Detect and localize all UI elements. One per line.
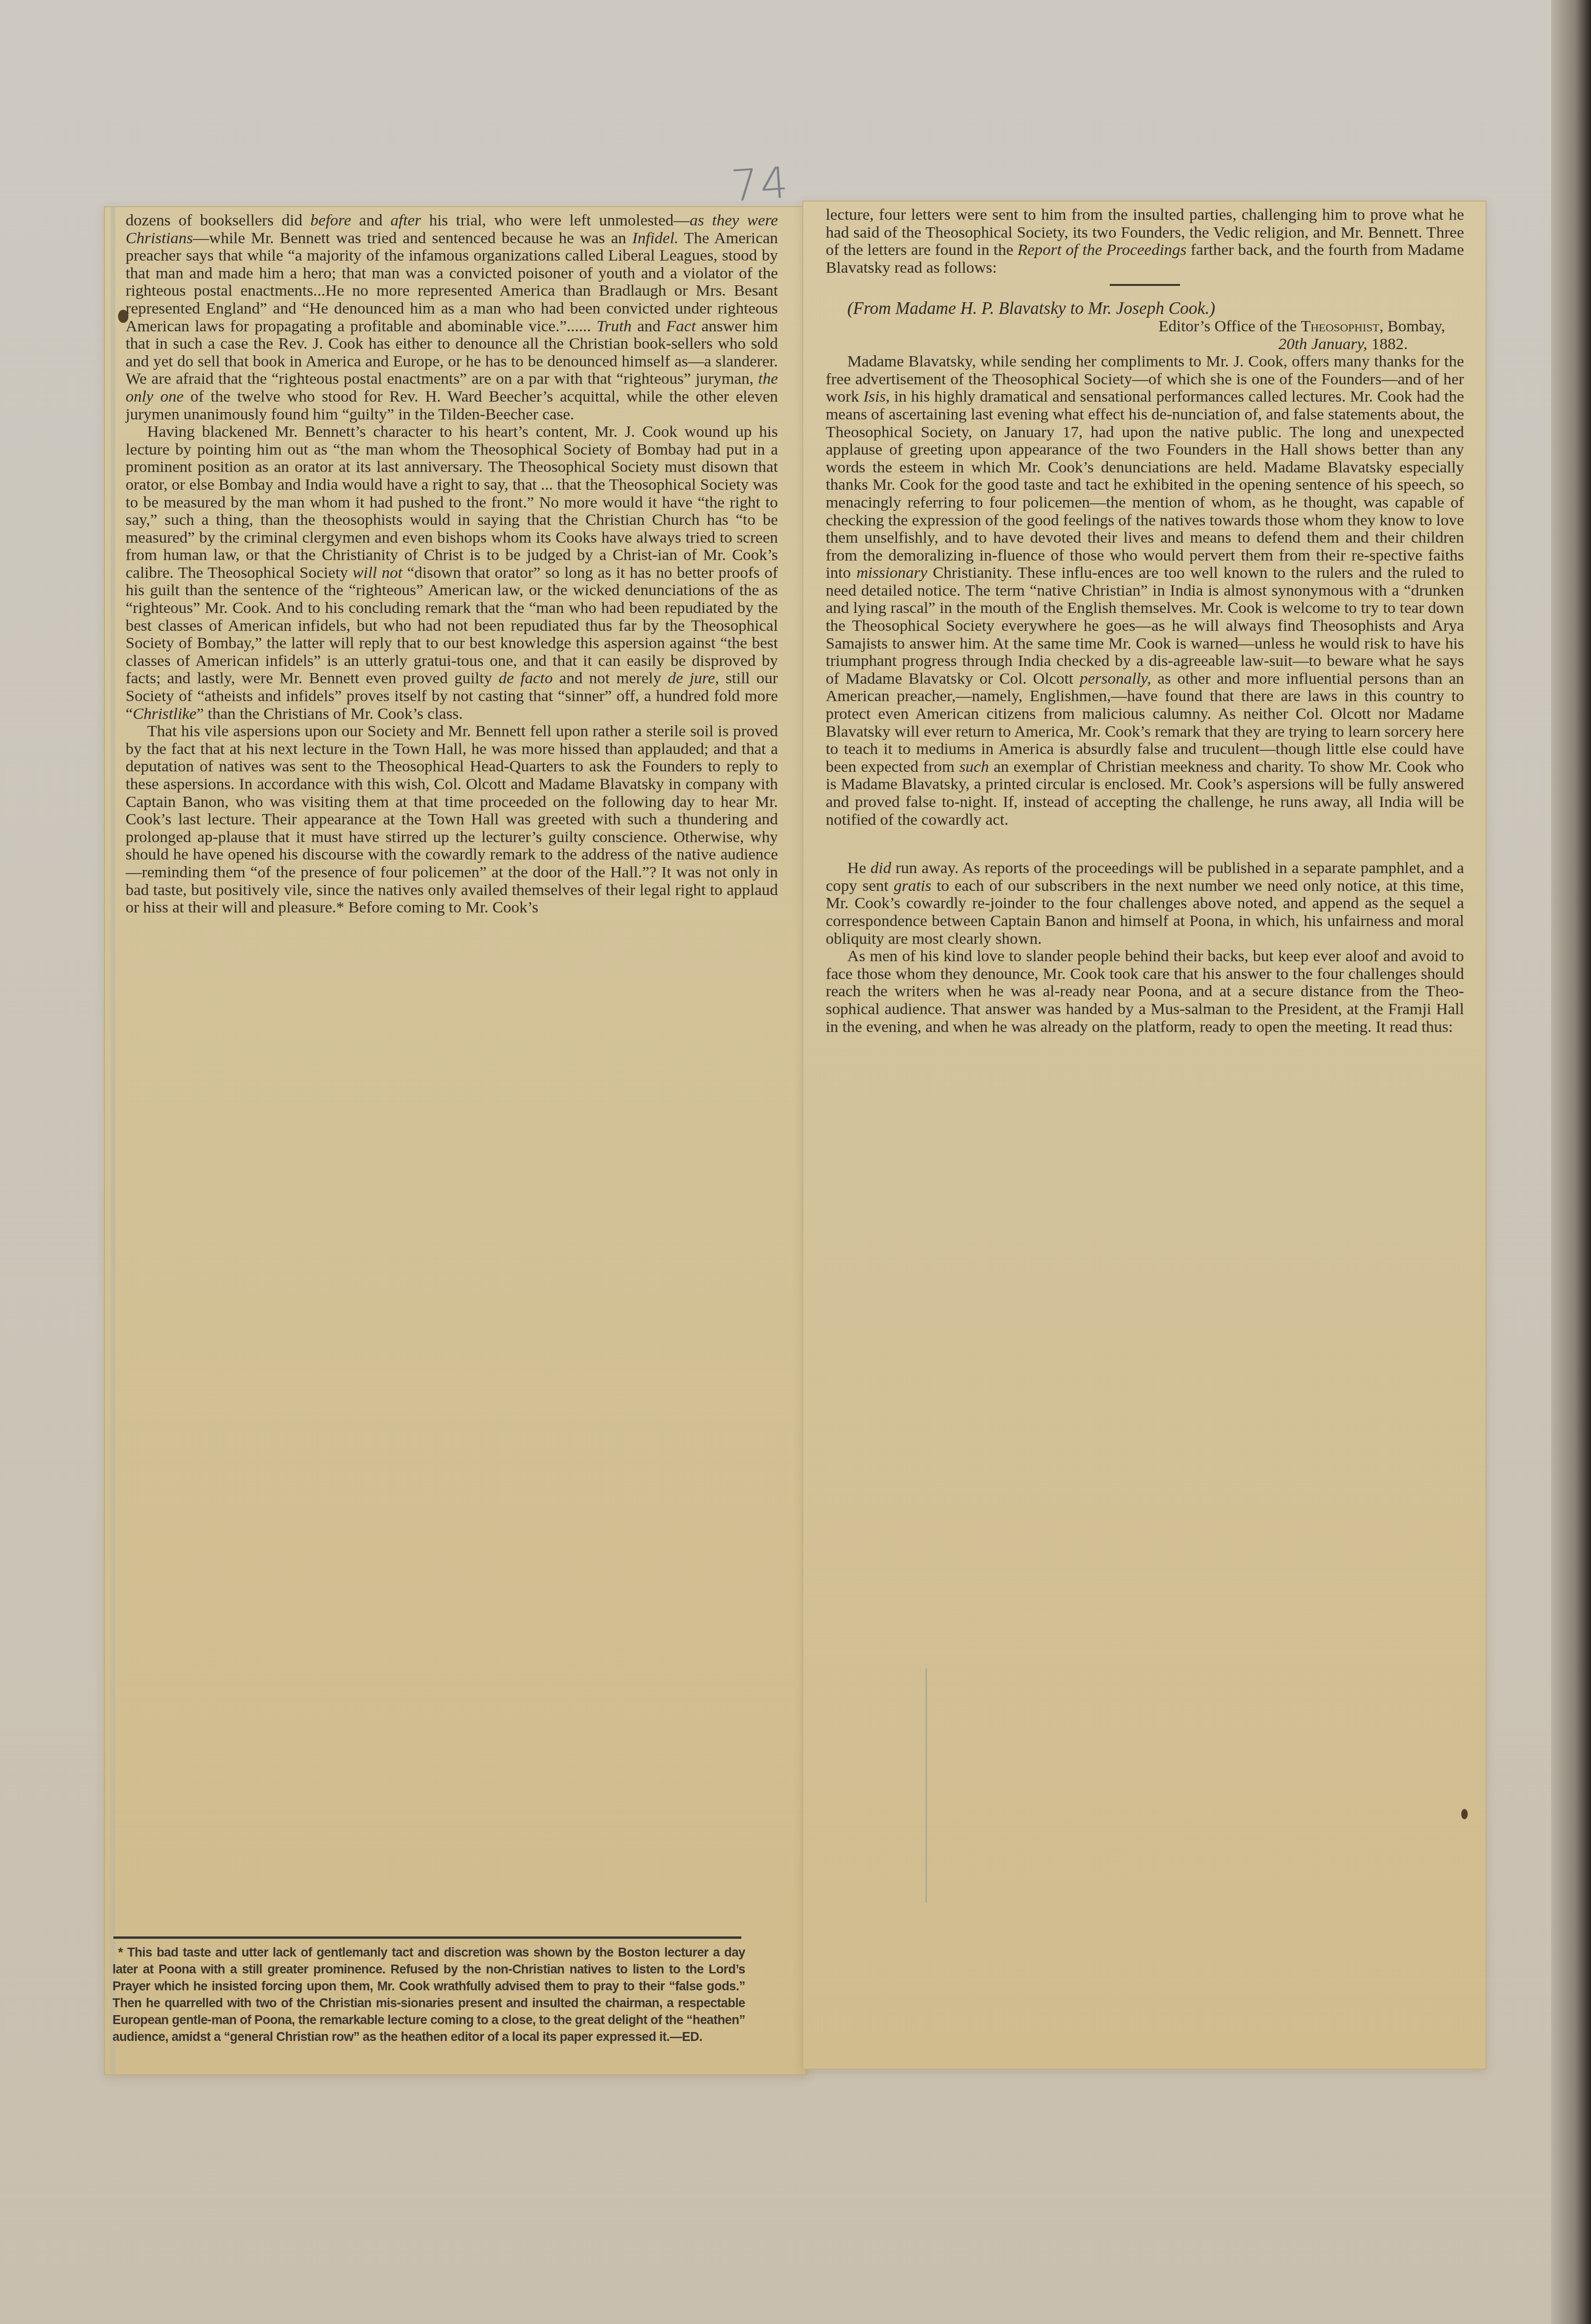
text-run: and [351, 211, 390, 229]
text-run: and not merely [553, 669, 668, 687]
office-suffix: , Bombay, [1379, 317, 1445, 335]
text-run: and [632, 317, 666, 335]
italic-text: gratis [894, 877, 932, 895]
italic-text: Christlike [133, 705, 196, 723]
italic-text: such [959, 758, 989, 776]
text-run: Christianity. These influ-ences are too … [826, 564, 1464, 687]
date-year: 1882. [1367, 335, 1408, 353]
letter-heading: (From Madame H. P. Blavatsky to Mr. Jose… [826, 300, 1464, 318]
column-gap [826, 829, 1464, 859]
text-run: dozens of booksellers did [126, 211, 310, 229]
paragraph: As men of his kind love to slander peopl… [826, 948, 1464, 1036]
italic-text: Fact [666, 317, 696, 335]
paragraph: Having blackened Mr. Bennett’s character… [126, 423, 778, 723]
italic-text: de facto [499, 669, 553, 687]
italic-text: Truth [597, 317, 632, 335]
text-run: —while Mr. Bennett was tried and sentenc… [193, 229, 632, 247]
date-day: 20th January, [1278, 335, 1367, 353]
italic-text: personally, [1080, 670, 1151, 687]
paragraph: He did run away. As reports of the proce… [826, 859, 1464, 948]
footnote: * This bad taste and utter lack of gentl… [112, 1944, 745, 2045]
section-divider [1110, 284, 1180, 286]
italic-text: Infidel. [632, 229, 679, 247]
text-run: his trial, who were left unmolested— [421, 211, 689, 229]
paragraph: dozens of booksellers did before and aft… [126, 212, 778, 423]
office-prefix: Editor’s Office of the [1158, 317, 1300, 335]
left-column-text: dozens of booksellers did before and aft… [126, 212, 778, 917]
intro-paragraph: lecture, four letters were sent to him f… [826, 206, 1464, 276]
italic-text: Report of the Proceedings [1017, 241, 1187, 259]
paragraph: That his vile aspersions upon our Societ… [126, 723, 778, 917]
glue-mark [926, 1668, 927, 1903]
text-run: As men of his kind love to slander peopl… [826, 947, 1464, 1035]
text-run: He [847, 859, 871, 877]
letter-office: Editor’s Office of the Theosophist, Bomb… [826, 318, 1464, 336]
text-run: ” than the Christians of Mr. Cook’s clas… [196, 705, 463, 723]
footnote-text: * This bad taste and utter lack of gentl… [112, 1944, 745, 2045]
journal-name: Theosophist [1301, 317, 1380, 335]
italic-text: missionary [856, 564, 927, 582]
italic-text: before [310, 211, 351, 229]
text-run: “disown that orator” so long as it has n… [126, 564, 778, 687]
handwritten-page-number: 74 [729, 157, 791, 211]
italic-text: will not [353, 564, 403, 582]
ink-stain [1461, 1809, 1468, 1819]
text-run: That his vile aspersions upon our Societ… [126, 722, 778, 916]
text-run: of the twelve who stood for Rev. H. Ward… [126, 388, 778, 423]
book-edge [1551, 0, 1591, 2324]
italic-text: after [390, 211, 421, 229]
italic-text: Isis, [863, 388, 890, 405]
text-run: Having blackened Mr. Bennett’s character… [126, 423, 778, 582]
letter-body: Madame Blavatsky, while sending her comp… [826, 353, 1464, 829]
footnote-divider [113, 1936, 741, 1939]
text-run: in his highly dramatical and sensational… [826, 388, 1464, 582]
italic-text: did [871, 859, 891, 877]
italic-text: de jure, [668, 669, 719, 687]
letter-date: 20th January, 1882. [826, 336, 1464, 353]
right-column-text: lecture, four letters were sent to him f… [826, 206, 1464, 1036]
